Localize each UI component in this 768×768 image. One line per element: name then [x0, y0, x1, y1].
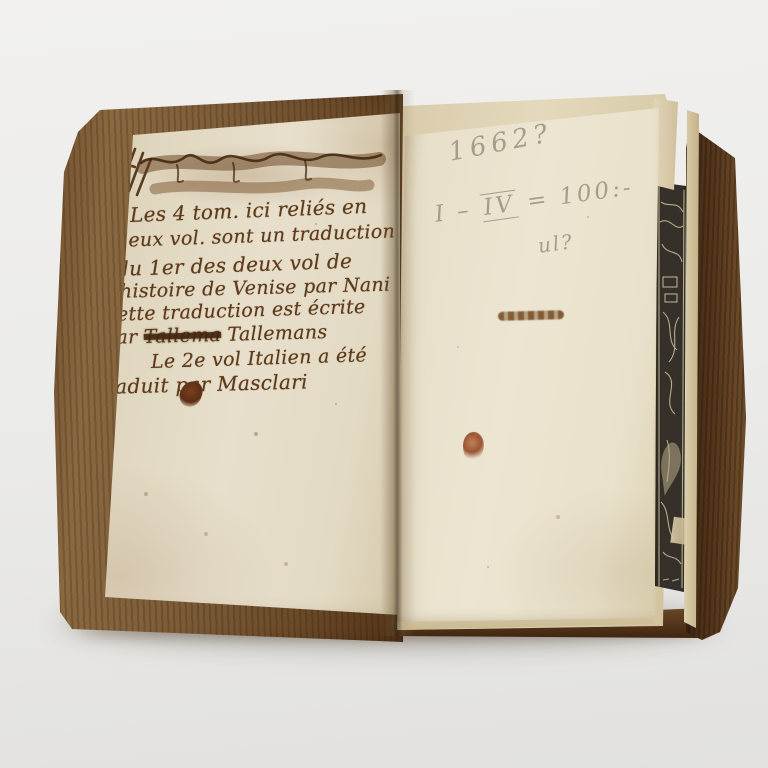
red-wax-stain	[462, 431, 486, 461]
right-endpaper-page: 1662? I – IV = 100:- ul?	[397, 96, 659, 624]
pencil-roman-numeral: IV	[480, 190, 519, 223]
handwriting-segment: Tallemans	[221, 321, 328, 346]
left-pastedown-page: Les 4 tom. ici reliés en deux vol. sont …	[85, 103, 400, 618]
pencil-volume-price-note: I – IV = 100:-	[433, 174, 635, 228]
pencil-small-note: ul?	[536, 229, 575, 258]
struck-out-word: Tallema	[143, 324, 221, 348]
pencil-segment: = 100:-	[515, 174, 635, 216]
handwriting-line: deux vol. sont un traduction	[116, 222, 396, 251]
handwriting-line-with-strikeout: par Tallema Tallemans	[104, 323, 328, 348]
foxing-specks	[85, 103, 87, 105]
ink-smudge-mark	[498, 310, 564, 321]
pencil-segment: I –	[433, 196, 483, 228]
photo-scene: Les 4 tom. ici reliés en deux vol. sont …	[0, 0, 768, 768]
handwriting-line: Le 2e vol Italien a été	[151, 346, 368, 372]
